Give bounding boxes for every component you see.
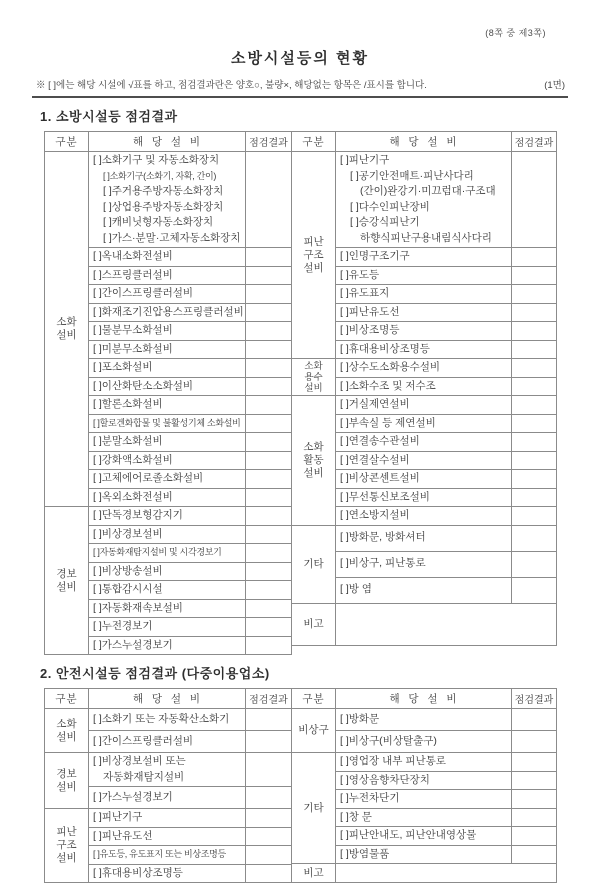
group-label: 경보설비 — [45, 507, 89, 655]
result-cell — [512, 248, 557, 267]
table-row: 경보설비[ ]비상경보설비 또는자동화재탐지설비 — [45, 753, 292, 787]
equipment-item: [ ]피난유도선 — [90, 829, 244, 845]
equipment-cell: [ ]유도등, 유도표지 또는 비상조명등 — [89, 846, 246, 865]
equipment-item: [ ]비상방송설비 — [90, 564, 244, 580]
result-cell — [512, 340, 557, 359]
result-cell — [512, 845, 557, 864]
equipment-cell: [ ]가스누설경보기 — [89, 636, 246, 655]
equipment-item: [ ]비상구(비상탈출구) — [337, 734, 510, 750]
section-1-heading: 1. 소방시설등 점검결과 — [40, 106, 568, 125]
group-label: 비고 — [292, 603, 336, 645]
result-cell — [512, 771, 557, 790]
result-cell — [512, 577, 557, 603]
equipment-item: [ ]연결송수관설비 — [337, 434, 510, 450]
col-header-equipment: 해 당 설 비 — [336, 132, 512, 152]
group-label: 피난구조설비 — [292, 152, 336, 359]
equipment-item: [ ]휴대용비상조명등 — [90, 866, 244, 882]
equipment-item: [ ]자동화재탐지설비 및 시각경보기 — [90, 545, 244, 561]
table-row: 경보설비[ ]단독경보형감지기 — [45, 507, 292, 526]
equipment-cell: [ ]방 염 — [336, 577, 512, 603]
result-cell — [246, 809, 292, 828]
group-label: 경보설비 — [45, 753, 89, 809]
col-header-result: 점검결과 — [246, 689, 292, 709]
equipment-cell: [ ]비상구, 피난통로 — [336, 551, 512, 577]
result-cell — [512, 709, 557, 731]
result-cell — [512, 303, 557, 322]
group-label: 소화설비 — [45, 152, 89, 507]
equipment-item: [ ]방화문 — [337, 712, 510, 728]
group-label: 기타 — [292, 753, 336, 864]
table-header-row: 구분 해 당 설 비 점검결과 — [292, 132, 557, 152]
equipment-item: [ ]부속실 등 제연설비 — [337, 416, 510, 432]
equipment-item: [ ]누전차단기 — [337, 791, 510, 807]
equipment-cell: [ ]방염물품 — [336, 845, 512, 864]
equipment-cell: [ ]피난기구 — [89, 809, 246, 828]
equipment-cell: [ ]누전경보기 — [89, 618, 246, 637]
result-cell — [246, 525, 292, 544]
result-cell — [246, 414, 292, 433]
equipment-item: [ ]이산화탄소소화설비 — [90, 379, 244, 395]
equipment-cell: [ ]방화문 — [336, 709, 512, 731]
equipment-item: [ ]인명구조기구 — [337, 249, 510, 265]
table-row: 소화설비[ ]소화기구 및 자동소화장치[ ]소화기구(소화기, 자확, 간이)… — [45, 152, 292, 248]
result-cell — [246, 359, 292, 378]
section-2-left-rows: 소화설비[ ]소화기 또는 자동확산소화기[ ]간이스프링클러설비경보설비[ ]… — [45, 709, 292, 883]
col-header-category: 구분 — [45, 689, 89, 709]
equipment-cell: [ ]소화수조 및 저수조 — [336, 377, 512, 396]
equipment-item: [ ]간이스프링클러설비 — [90, 286, 244, 302]
page-title: 소방시설등의 현황 — [32, 47, 568, 68]
equipment-item: [ ]미분무소화설비 — [90, 342, 244, 358]
equipment-item: [ ]방염물품 — [337, 847, 510, 863]
equipment-item: [ ]간이스프링클러설비 — [90, 734, 244, 750]
result-cell — [246, 827, 292, 846]
table-row: 기타[ ]방화문, 방화셔터 — [292, 525, 557, 551]
result-cell — [246, 544, 292, 563]
equipment-item: [ ]자동화재속보설비 — [90, 601, 244, 617]
section-1-left-rows: 소화설비[ ]소화기구 및 자동소화장치[ ]소화기구(소화기, 자확, 간이)… — [45, 152, 292, 655]
equipment-item: [ ]피난유도선 — [337, 305, 510, 321]
equipment-item: 하향식피난구용내림식사다리 — [337, 231, 510, 247]
section-2-table: 구분 해 당 설 비 점검결과 소화설비[ ]소화기 또는 자동확산소화기[ ]… — [44, 688, 568, 883]
equipment-cell: [ ]할로겐화합물 및 불활성기체 소화설비 — [89, 414, 246, 433]
equipment-cell: [ ]비상방송설비 — [89, 562, 246, 581]
equipment-item: [ ]화재조기진압용스프링클러설비 — [90, 305, 244, 321]
result-cell — [246, 562, 292, 581]
result-cell — [246, 470, 292, 489]
equipment-item: [ ]연소방지설비 — [337, 508, 510, 524]
result-cell — [246, 731, 292, 753]
result-cell — [512, 525, 557, 551]
equipment-item: [ ]유도등, 유도표지 또는 비상조명등 — [90, 847, 244, 863]
equipment-cell: [ ]단독경보형감지기 — [89, 507, 246, 526]
equipment-item: [ ]창 문 — [337, 810, 510, 826]
result-cell — [512, 266, 557, 285]
equipment-item: [ ]비상구, 피난통로 — [337, 556, 510, 572]
form-note-page-label: (1면) — [536, 77, 565, 91]
equipment-item: [ ]연결살수설비 — [337, 453, 510, 469]
section-2-right-table: 구분 해 당 설 비 점검결과 비상구[ ]방화문[ ]비상구(비상탈출구)기타… — [291, 688, 557, 883]
equipment-item: [ ]유도등 — [337, 268, 510, 284]
group-label: 비고 — [292, 864, 336, 883]
result-cell — [246, 396, 292, 415]
equipment-item: [ ]통합감시시설 — [90, 582, 244, 598]
col-header-category: 구분 — [292, 689, 336, 709]
group-label: 피난구조설비 — [45, 809, 89, 883]
result-cell — [246, 753, 292, 787]
equipment-cell: [ ]할론소화설비 — [89, 396, 246, 415]
result-cell — [512, 753, 557, 772]
equipment-item: [ ]분말소화설비 — [90, 434, 244, 450]
equipment-item: [ ]비상콘센트설비 — [337, 471, 510, 487]
equipment-cell: [ ]인명구조기구 — [336, 248, 512, 267]
equipment-cell: [ ]유도표지 — [336, 285, 512, 304]
equipment-cell: [ ]연결송수관설비 — [336, 433, 512, 452]
equipment-cell: [ ]강화액소화설비 — [89, 451, 246, 470]
group-label: 소화설비 — [45, 709, 89, 753]
result-cell — [512, 433, 557, 452]
equipment-cell: [ ]유도등 — [336, 266, 512, 285]
result-cell — [246, 488, 292, 507]
equipment-item: [ ]영상음향차단장치 — [337, 773, 510, 789]
equipment-item: [ ]휴대용비상조명등 — [337, 342, 510, 358]
table-row: 소화활동설비[ ]거실제연설비 — [292, 396, 557, 415]
col-header-equipment: 해 당 설 비 — [336, 689, 512, 709]
equipment-item: [ ]강화액소화설비 — [90, 453, 244, 469]
equipment-item: [ ]스프링클러설비 — [90, 268, 244, 284]
equipment-cell: [ ]창 문 — [336, 808, 512, 827]
equipment-item: [ ]승강식피난기 — [337, 215, 510, 231]
equipment-cell: [ ]스프링클러설비 — [89, 266, 246, 285]
result-cell — [512, 322, 557, 341]
equipment-item: [ ]비상조명등 — [337, 323, 510, 339]
equipment-cell: [ ]자동화재탐지설비 및 시각경보기 — [89, 544, 246, 563]
result-cell — [246, 266, 292, 285]
remark-cell — [336, 864, 557, 883]
group-label: 비상구 — [292, 709, 336, 753]
result-cell — [512, 414, 557, 433]
equipment-item: [ ]피난기구 — [90, 810, 244, 826]
section-1-left-table: 구분 해 당 설 비 점검결과 소화설비[ ]소화기구 및 자동소화장치[ ]소… — [44, 131, 292, 655]
equipment-cell: [ ]고체에어로졸소화설비 — [89, 470, 246, 489]
result-cell — [246, 618, 292, 637]
equipment-cell: [ ]영상음향차단장치 — [336, 771, 512, 790]
equipment-item: [ ]소화기 또는 자동확산소화기 — [90, 712, 244, 728]
equipment-item: [ ]옥내소화전설비 — [90, 249, 244, 265]
equipment-cell: [ ]간이스프링클러설비 — [89, 285, 246, 304]
equipment-item: [ ]옥외소화전설비 — [90, 490, 244, 506]
equipment-item: [ ]방 염 — [337, 582, 510, 598]
equipment-item: [ ]피난기구 — [337, 153, 510, 169]
equipment-cell: [ ]영업장 내부 피난통로 — [336, 753, 512, 772]
equipment-item: [ ]영업장 내부 피난통로 — [337, 754, 510, 770]
equipment-item: [ ]소화기구(소화기, 자확, 간이) — [90, 169, 244, 185]
equipment-item: [ ]고체에어로졸소화설비 — [90, 471, 244, 487]
equipment-cell: [ ]부속실 등 제연설비 — [336, 414, 512, 433]
equipment-cell: [ ]무선통신보조설비 — [336, 488, 512, 507]
equipment-cell: [ ]통합감시시설 — [89, 581, 246, 600]
equipment-cell: [ ]소화기 또는 자동확산소화기 — [89, 709, 246, 731]
equipment-item: [ ]캐비닛형자동소화장치 — [90, 215, 244, 231]
result-cell — [512, 488, 557, 507]
equipment-item: [ ]가스누설경보기 — [90, 790, 244, 806]
table-row: 비고 — [292, 864, 557, 883]
equipment-cell: [ ]분말소화설비 — [89, 433, 246, 452]
result-cell — [246, 709, 292, 731]
form-note: ※ [ ]에는 해당 시설에 √표를 하고, 점검결과란은 양호○, 불량×, … — [32, 77, 568, 98]
equipment-item: [ ]비상경보설비 또는 — [90, 754, 244, 770]
equipment-cell: [ ]피난기구[ ]공기안전매트·피난사다리(간이)완강기·미끄럼대·구조대[ … — [336, 152, 512, 248]
equipment-item: [ ]소화기구 및 자동소화장치 — [90, 153, 244, 169]
result-cell — [512, 731, 557, 753]
equipment-cell: [ ]비상경보설비 또는자동화재탐지설비 — [89, 753, 246, 787]
equipment-cell: [ ]거실제연설비 — [336, 396, 512, 415]
equipment-cell: [ ]이산화탄소소화설비 — [89, 377, 246, 396]
group-label: 기타 — [292, 525, 336, 603]
equipment-item: [ ]거실제연설비 — [337, 397, 510, 413]
section-1-table: 구분 해 당 설 비 점검결과 소화설비[ ]소화기구 및 자동소화장치[ ]소… — [44, 131, 568, 655]
result-cell — [246, 433, 292, 452]
equipment-item: [ ]다수인피난장비 — [337, 200, 510, 216]
group-label: 소화활동설비 — [292, 396, 336, 526]
section-2-right-rows: 비상구[ ]방화문[ ]비상구(비상탈출구)기타[ ]영업장 내부 피난통로[ … — [292, 709, 557, 883]
result-cell — [246, 152, 292, 248]
section-2-heading: 2. 안전시설등 점검결과 (다중이용업소) — [40, 663, 568, 682]
group-label: 소화용수설비 — [292, 359, 336, 396]
section-1-right-rows: 피난구조설비[ ]피난기구[ ]공기안전매트·피난사다리(간이)완강기·미끄럼대… — [292, 152, 557, 646]
equipment-item: [ ]비상경보설비 — [90, 527, 244, 543]
equipment-cell: [ ]물분무소화설비 — [89, 322, 246, 341]
section-1-right-table: 구분 해 당 설 비 점검결과 피난구조설비[ ]피난기구[ ]공기안전매트·피… — [291, 131, 557, 646]
equipment-item: [ ]방화문, 방화셔터 — [337, 530, 510, 546]
result-cell — [512, 551, 557, 577]
form-note-text: ※ [ ]에는 해당 시설에 √표를 하고, 점검결과란은 양호○, 불량×, … — [36, 77, 427, 91]
result-cell — [512, 359, 557, 378]
result-cell — [512, 790, 557, 809]
result-cell — [246, 846, 292, 865]
result-cell — [246, 581, 292, 600]
result-cell — [246, 636, 292, 655]
result-cell — [512, 377, 557, 396]
equipment-item: [ ]단독경보형감지기 — [90, 508, 244, 524]
equipment-cell: [ ]비상구(비상탈출구) — [336, 731, 512, 753]
equipment-cell: [ ]가스누설경보기 — [89, 787, 246, 809]
result-cell — [246, 599, 292, 618]
equipment-cell: [ ]자동화재속보설비 — [89, 599, 246, 618]
equipment-item: [ ]할로겐화합물 및 불활성기체 소화설비 — [90, 416, 244, 432]
table-row: 피난구조설비[ ]피난기구[ ]공기안전매트·피난사다리(간이)완강기·미끄럼대… — [292, 152, 557, 248]
equipment-cell: [ ]연소방지설비 — [336, 507, 512, 526]
equipment-item: [ ]상수도소화용수설비 — [337, 360, 510, 376]
col-header-category: 구분 — [45, 132, 89, 152]
equipment-item: [ ]물분무소화설비 — [90, 323, 244, 339]
equipment-item: [ ]가스·분말·고체자동소화장치 — [90, 231, 244, 247]
col-header-equipment: 해 당 설 비 — [89, 132, 246, 152]
col-header-category: 구분 — [292, 132, 336, 152]
equipment-cell: [ ]화재조기진압용스프링클러설비 — [89, 303, 246, 322]
result-cell — [512, 808, 557, 827]
equipment-item: [ ]할론소화설비 — [90, 397, 244, 413]
equipment-cell: [ ]피난유도선 — [336, 303, 512, 322]
equipment-item: [ ]무선통신보조설비 — [337, 490, 510, 506]
result-cell — [246, 864, 292, 883]
equipment-cell: [ ]방화문, 방화셔터 — [336, 525, 512, 551]
result-cell — [512, 827, 557, 846]
equipment-item: [ ]포소화설비 — [90, 360, 244, 376]
equipment-cell: [ ]피난유도선 — [89, 827, 246, 846]
equipment-cell: [ ]포소화설비 — [89, 359, 246, 378]
result-cell — [512, 396, 557, 415]
remark-cell — [336, 603, 557, 645]
equipment-item: [ ]주거용주방자동소화장치 — [90, 184, 244, 200]
result-cell — [512, 507, 557, 526]
document-page: (8쪽 중 제3쪽) 소방시설등의 현황 ※ [ ]에는 해당 시설에 √표를 … — [0, 0, 600, 849]
col-header-result: 점검결과 — [246, 132, 292, 152]
table-header-row: 구분 해 당 설 비 점검결과 — [45, 689, 292, 709]
result-cell — [246, 322, 292, 341]
result-cell — [246, 248, 292, 267]
result-cell — [246, 507, 292, 526]
table-row: 피난구조설비[ ]피난기구 — [45, 809, 292, 828]
equipment-cell: [ ]비상콘센트설비 — [336, 470, 512, 489]
equipment-item: [ ]소화수조 및 저수조 — [337, 379, 510, 395]
result-cell — [512, 451, 557, 470]
equipment-cell: [ ]연결살수설비 — [336, 451, 512, 470]
equipment-cell: [ ]옥내소화전설비 — [89, 248, 246, 267]
equipment-item: [ ]유도표지 — [337, 286, 510, 302]
equipment-item: [ ]가스누설경보기 — [90, 638, 244, 654]
table-row: 비상구[ ]방화문 — [292, 709, 557, 731]
result-cell — [246, 787, 292, 809]
equipment-item: [ ]누전경보기 — [90, 619, 244, 635]
result-cell — [512, 152, 557, 248]
equipment-cell: [ ]옥외소화전설비 — [89, 488, 246, 507]
equipment-cell: [ ]상수도소화용수설비 — [336, 359, 512, 378]
equipment-item: [ ]상업용주방자동소화장치 — [90, 200, 244, 216]
result-cell — [246, 303, 292, 322]
table-header-row: 구분 해 당 설 비 점검결과 — [292, 689, 557, 709]
result-cell — [246, 377, 292, 396]
result-cell — [246, 340, 292, 359]
table-header-row: 구분 해 당 설 비 점검결과 — [45, 132, 292, 152]
equipment-item: 자동화재탐지설비 — [90, 770, 244, 786]
result-cell — [512, 470, 557, 489]
section-2-left-table: 구분 해 당 설 비 점검결과 소화설비[ ]소화기 또는 자동확산소화기[ ]… — [44, 688, 292, 883]
equipment-cell: [ ]피난안내도, 피난안내영상물 — [336, 827, 512, 846]
equipment-cell: [ ]휴대용비상조명등 — [336, 340, 512, 359]
result-cell — [246, 451, 292, 470]
equipment-item: [ ]공기안전매트·피난사다리 — [337, 169, 510, 185]
equipment-cell: [ ]미분무소화설비 — [89, 340, 246, 359]
col-header-result: 점검결과 — [512, 689, 557, 709]
table-row: 소화설비[ ]소화기 또는 자동확산소화기 — [45, 709, 292, 731]
table-row: 비고 — [292, 603, 557, 645]
equipment-cell: [ ]누전차단기 — [336, 790, 512, 809]
col-header-result: 점검결과 — [512, 132, 557, 152]
page-indicator: (8쪽 중 제3쪽) — [32, 26, 568, 39]
equipment-cell: [ ]간이스프링클러설비 — [89, 731, 246, 753]
table-row: 기타[ ]영업장 내부 피난통로 — [292, 753, 557, 772]
equipment-cell: [ ]비상조명등 — [336, 322, 512, 341]
result-cell — [512, 285, 557, 304]
equipment-cell: [ ]소화기구 및 자동소화장치[ ]소화기구(소화기, 자확, 간이)[ ]주… — [89, 152, 246, 248]
equipment-item: [ ]피난안내도, 피난안내영상물 — [337, 828, 510, 844]
table-row: 소화용수설비[ ]상수도소화용수설비 — [292, 359, 557, 378]
equipment-cell: [ ]비상경보설비 — [89, 525, 246, 544]
equipment-item: (간이)완강기·미끄럼대·구조대 — [337, 184, 510, 200]
result-cell — [246, 285, 292, 304]
equipment-cell: [ ]휴대용비상조명등 — [89, 864, 246, 883]
col-header-equipment: 해 당 설 비 — [89, 689, 246, 709]
